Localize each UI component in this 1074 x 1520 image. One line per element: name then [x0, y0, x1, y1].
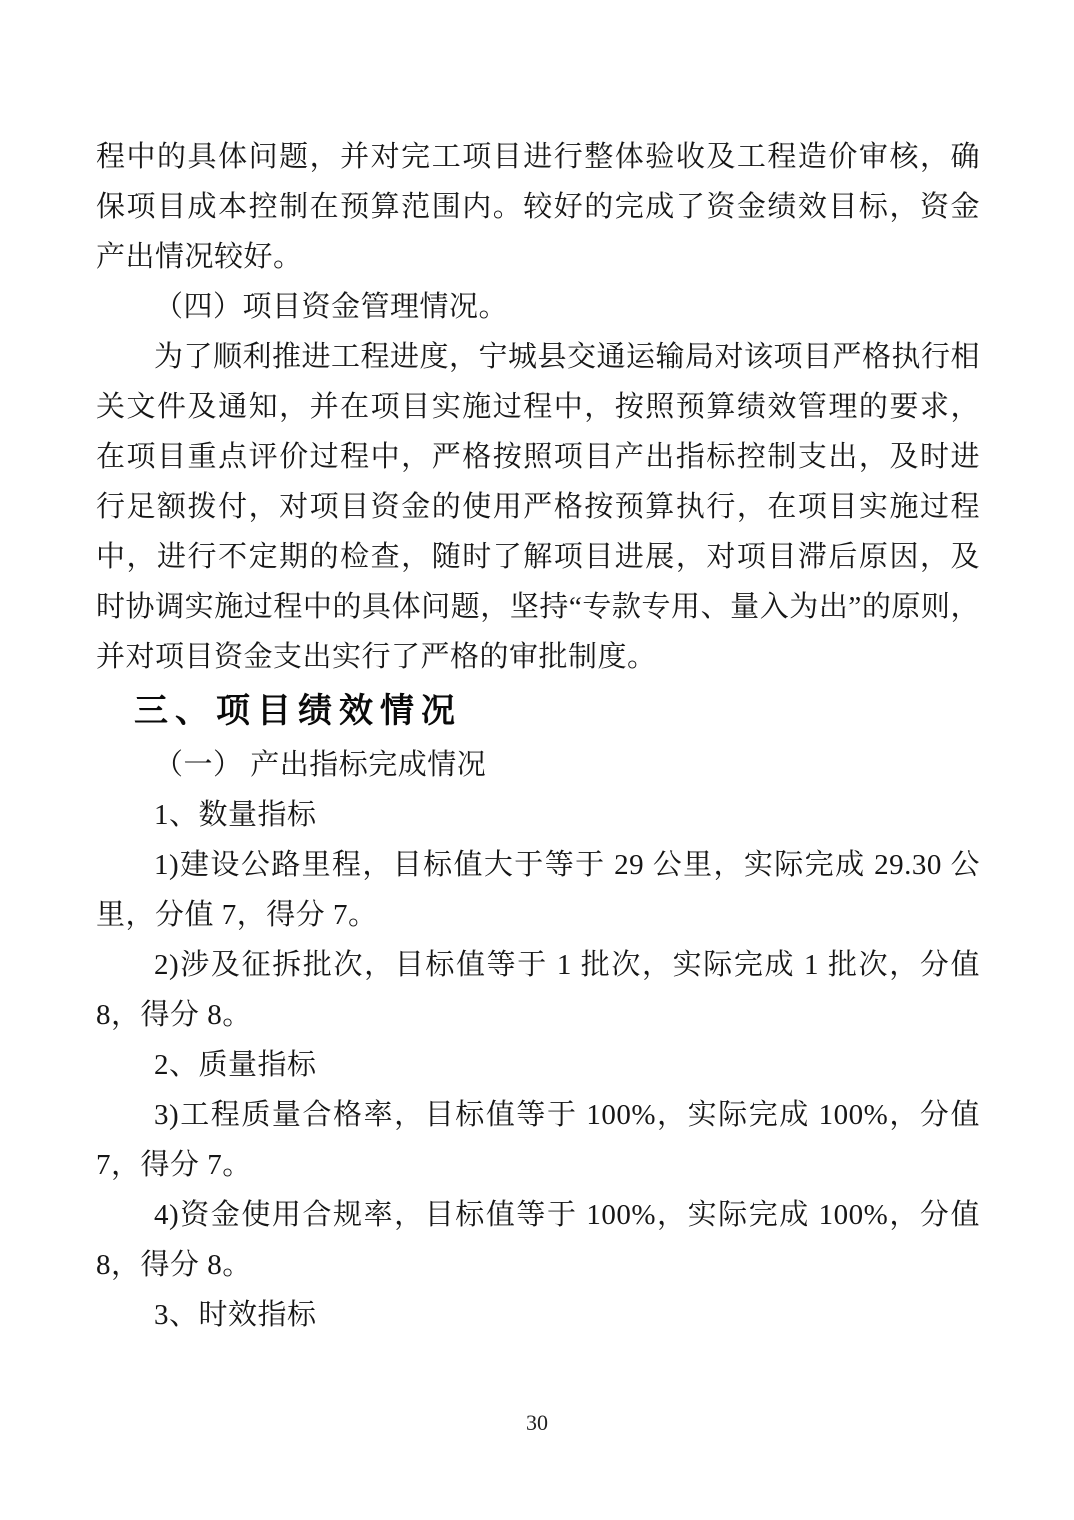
paragraph-quality-indicator-title: 2、质量指标 [96, 1040, 980, 1090]
paragraph-section4-body: 为了顺利推进工程进度，宁城县交通运输局对该项目严格执行相关文件及通知，并在项目实… [96, 332, 980, 682]
paragraph-indicator-demolition-batches: 2)涉及征拆批次，目标值等于 1 批次，实际完成 1 批次，分值 8，得分 8。 [96, 940, 980, 1040]
section-heading-performance: 三、项目绩效情况 [96, 682, 980, 740]
page-number: 30 [0, 1408, 1074, 1438]
paragraph-continuation: 程中的具体问题，并对完工项目进行整体验收及工程造价审核，确保项目成本控制在预算范… [96, 132, 980, 282]
paragraph-indicator-fund-compliance-rate: 4)资金使用合规率，目标值等于 100%，实际完成 100%，分值 8，得分 8… [96, 1190, 980, 1290]
paragraph-section4-title: （四）项目资金管理情况。 [96, 282, 980, 332]
page-content: 程中的具体问题，并对完工项目进行整体验收及工程造价审核，确保项目成本控制在预算范… [96, 132, 980, 1340]
paragraph-quantity-indicator-title: 1、数量指标 [96, 790, 980, 840]
paragraph-output-indicators-title: （一） 产出指标完成情况 [96, 740, 980, 790]
paragraph-timeliness-indicator-title: 3、时效指标 [96, 1290, 980, 1340]
document-page: 程中的具体问题，并对完工项目进行整体验收及工程造价审核，确保项目成本控制在预算范… [0, 0, 1074, 1520]
paragraph-indicator-road-mileage: 1)建设公路里程，目标值大于等于 29 公里，实际完成 29.30 公里，分值 … [96, 840, 980, 940]
paragraph-indicator-quality-pass-rate: 3)工程质量合格率，目标值等于 100%，实际完成 100%，分值 7，得分 7… [96, 1090, 980, 1190]
